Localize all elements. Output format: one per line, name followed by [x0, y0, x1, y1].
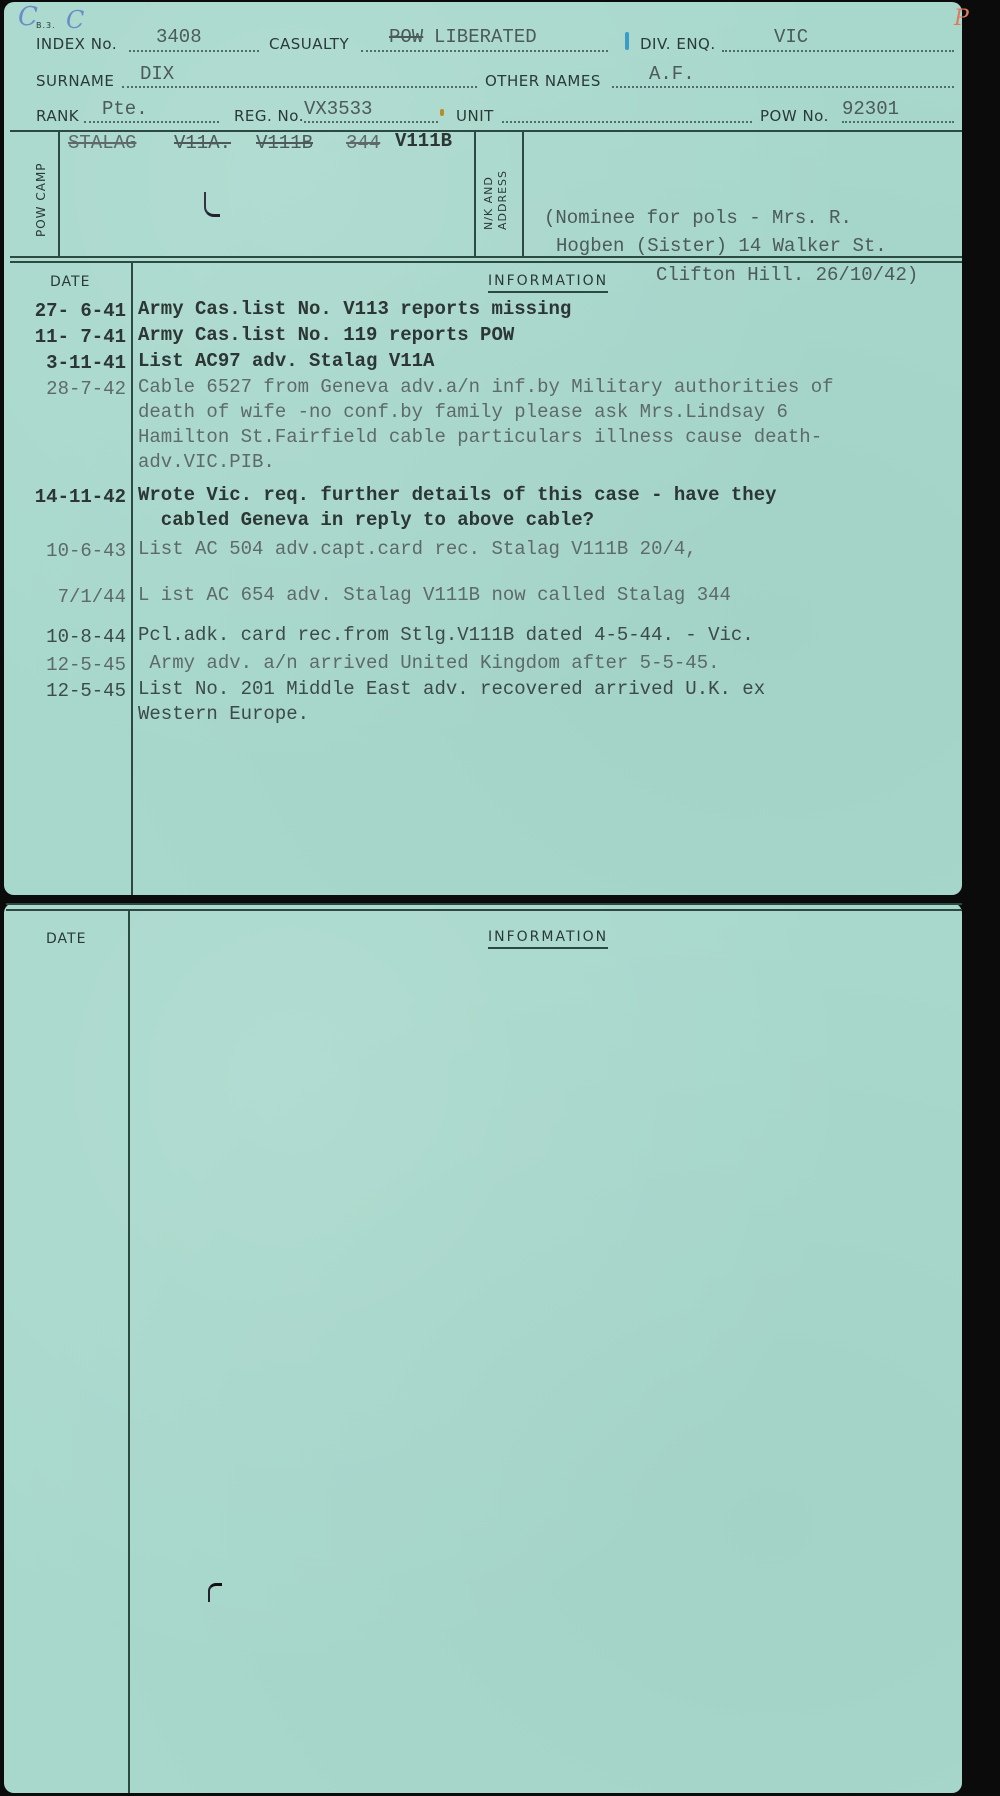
header-divider	[10, 130, 962, 132]
casualty-value: LIBERATED	[434, 26, 537, 48]
unit-dotted-line	[502, 121, 752, 123]
rank-label: RANK	[36, 107, 79, 125]
log-entry-date: 10-6-43	[4, 540, 126, 562]
log-entry-date: 12-5-45	[4, 680, 126, 702]
reg-no-dotted-line	[304, 121, 438, 123]
ink-dot	[440, 109, 444, 116]
log-entry-text: Army Cas.list No. V113 reports missing	[138, 297, 571, 322]
nok-bottom-double-line	[10, 261, 962, 263]
other-names-value: A.F.	[649, 63, 695, 85]
log-entry-date: 11- 7-41	[4, 326, 126, 348]
card-front: C B.3. C P INDEX No. 3408 CASUALTY POW L…	[4, 2, 962, 895]
paper-blemish	[204, 192, 220, 217]
blue-pencil-mark	[625, 32, 629, 50]
casualty-dotted-line	[361, 50, 608, 52]
pow-camp-entry: V11A.	[174, 132, 231, 154]
log-entry-date: 7/1/44	[4, 586, 126, 608]
rank-dotted-line	[84, 121, 219, 123]
reg-no-label: REG. No.	[234, 107, 304, 125]
casualty-struck-value: POW	[389, 26, 423, 48]
log-entry-text: List No. 201 Middle East adv. recovered …	[138, 677, 765, 727]
log-entry-date: 12-5-45	[4, 654, 126, 676]
index-no-value: 3408	[156, 26, 202, 48]
handwritten-mark-p: P	[954, 6, 969, 31]
pow-camp-entry: 344	[346, 132, 380, 154]
form-code: B.3.	[36, 21, 56, 30]
back-top-double-line	[6, 909, 962, 911]
paper-blemish	[208, 1583, 222, 1602]
div-enq-dotted-line	[722, 50, 954, 52]
log-entry-text: Wrote Vic. req. further details of this …	[138, 483, 777, 533]
div-enq-label: DIV. ENQ.	[640, 35, 716, 53]
casualty-label: CASUALTY	[269, 35, 349, 53]
div-enq-value: VIC	[774, 26, 808, 48]
nok-line: Clifton Hill. 26/10/42)	[656, 264, 918, 286]
back-top-line	[6, 903, 962, 905]
nok-right-divider	[522, 130, 524, 256]
reg-no-value: VX3533	[304, 98, 372, 120]
pow-camp-entry: V111B	[256, 132, 313, 154]
other-names-dotted-line	[612, 86, 954, 88]
pow-camp-label: POW CAMP	[34, 162, 48, 237]
date-header: DATE	[50, 274, 90, 290]
log-entry-date: 14-11-42	[4, 486, 126, 508]
nok-line: Hogben (Sister) 14 Walker St.	[556, 235, 887, 257]
pow-no-value: 92301	[842, 98, 899, 120]
log-entry-text: Pcl.adk. card rec.from Stlg.V111B dated …	[138, 623, 754, 648]
surname-value: DIX	[140, 63, 174, 85]
log-entry-text: List AC97 adv. Stalag V11A	[138, 349, 434, 374]
log-entry-date: 27- 6-41	[4, 300, 126, 322]
index-no-label: INDEX No.	[36, 35, 117, 53]
pow-camp-divider	[58, 130, 60, 256]
surname-dotted-line	[122, 86, 477, 88]
pow-camp-entry: STALAG	[68, 132, 136, 154]
log-entry-text: L ist AC 654 adv. Stalag V111B now calle…	[138, 583, 731, 608]
nok-line: (Nominee for pols - Mrs. R.	[544, 207, 852, 229]
log-entry-date: 10-8-44	[4, 626, 126, 648]
nok-label-line2: ADDRESS	[496, 170, 509, 230]
unit-label: UNIT	[456, 107, 494, 125]
nok-left-divider	[474, 130, 476, 256]
nok-bottom-line	[10, 256, 962, 258]
log-entry-text: Cable 6527 from Geneva adv.a/n inf.by Mi…	[138, 375, 834, 475]
handwritten-mark-c: C	[18, 2, 38, 32]
handwritten-mark-c2: C	[66, 6, 84, 34]
nok-label-line1: N/K AND	[482, 176, 495, 230]
log-entry-date: 3-11-41	[4, 352, 126, 374]
rank-value: Pte.	[102, 98, 148, 120]
back-information-header: INFORMATION	[488, 929, 608, 949]
index-no-dotted-line	[129, 50, 259, 52]
log-entry-text: Army Cas.list No. 119 reports POW	[138, 323, 514, 348]
back-date-header: DATE	[46, 931, 86, 947]
log-entry-text: Army adv. a/n arrived United Kingdom aft…	[138, 651, 720, 676]
back-date-column-divider	[128, 911, 130, 1793]
pow-camp-entry-current: V111B	[395, 130, 452, 152]
card-back: DATE INFORMATION	[4, 903, 962, 1793]
other-names-label: OTHER NAMES	[485, 72, 601, 90]
log-entry-date: 28-7-42	[4, 378, 126, 400]
pow-no-label: POW No.	[760, 107, 829, 125]
pow-no-dotted-line	[842, 121, 954, 123]
log-entry-text: List AC 504 adv.capt.card rec. Stalag V1…	[138, 537, 697, 562]
surname-label: SURNAME	[36, 72, 114, 90]
date-column-divider	[131, 262, 133, 895]
information-header: INFORMATION	[488, 273, 608, 293]
